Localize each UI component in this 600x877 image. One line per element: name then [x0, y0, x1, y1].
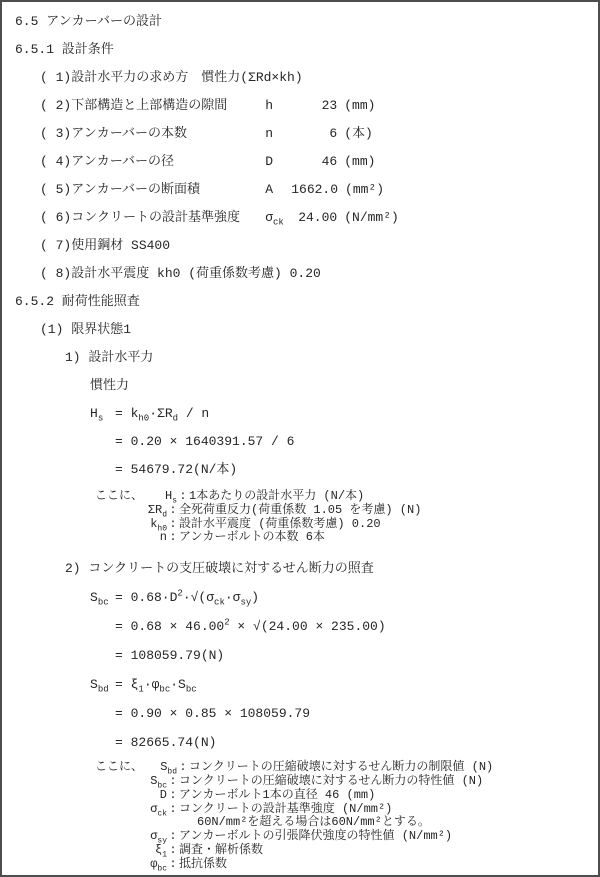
condition-unit: (mm²)	[338, 176, 384, 204]
condition-number: ( 3)	[40, 120, 71, 148]
subsection-heading-6-5-1: 6.5.1 設計条件	[2, 36, 598, 64]
condition-row-1: ( 1) 設計水平力の求め方 慣性力(ΣRd×kh)	[2, 64, 598, 92]
notation-colon: :	[167, 844, 179, 858]
notation-prefix: ここに、	[95, 761, 143, 775]
condition-number: ( 2)	[40, 92, 71, 120]
notation-description: 全死荷重反力(荷重係数 1.05 を考慮) (N)	[179, 504, 421, 518]
notation-prefix	[95, 830, 133, 844]
condition-symbol: σck	[265, 204, 291, 232]
notation-prefix: ここに、	[95, 490, 143, 504]
formula-hs-result: = 54679.72(N/本)	[2, 456, 598, 484]
condition-row-4: ( 4) アンカーバーの径 D 46 (mm)	[2, 148, 598, 176]
notation-symbol: ΣRd	[133, 504, 167, 518]
bearing-failure-check-heading: 2) コンクリートの支圧破壊に対するせん断力の照査	[2, 555, 598, 583]
formula-sbc: Sbc = 0.68·D2·√(σck·σsy)	[2, 583, 598, 612]
condition-unit: (N/mm²)	[337, 204, 399, 232]
condition-label: コンクリートの設計基準強度	[71, 204, 265, 232]
notation-symbol: kh0	[133, 518, 167, 532]
notation-row: φbc : 抵抗係数	[95, 858, 598, 872]
condition-number: ( 5)	[40, 176, 71, 204]
condition-value: 46	[291, 148, 337, 176]
notation-description: コンクリートの圧縮破壊に対するせん断力の制限値 (N)	[189, 761, 493, 775]
notation-description: 調査・解析係数	[179, 844, 263, 858]
notation-symbol: n	[133, 531, 167, 545]
condition-symbol: A	[265, 176, 291, 204]
notation-row: ここに、 Hs : 1本あたりの設計水平力 (N/本)	[95, 490, 598, 504]
condition-label: 使用鋼材 SS400	[71, 232, 265, 260]
notation-colon: :	[167, 830, 179, 844]
notation-description: 1本あたりの設計水平力 (N/本)	[189, 490, 364, 504]
notation-row: Sbc : コンクリートの圧縮破壊に対するせん断力の特性値 (N)	[95, 775, 598, 789]
notation-block-1: ここに、 Hs : 1本あたりの設計水平力 (N/本) ΣRd : 全死荷重反力…	[2, 490, 598, 545]
limit-state-1-heading: (1) 限界状態1	[2, 316, 598, 344]
notation-colon: :	[167, 789, 179, 803]
notation-colon: :	[167, 858, 179, 872]
condition-row-2: ( 2) 下部構造と上部構造の隙間 h 23 (mm)	[2, 92, 598, 120]
notation-prefix	[95, 858, 133, 872]
notation-row: n : アンカーボルトの本数 6本	[95, 531, 598, 545]
notation-row: ここに、 Sbd : コンクリートの圧縮破壊に対するせん断力の制限値 (N)	[95, 761, 598, 775]
condition-symbol: h	[265, 92, 291, 120]
notation-symbol: σck	[133, 803, 167, 817]
condition-unit: (mm)	[337, 148, 375, 176]
condition-label: アンカーバーの径	[71, 148, 265, 176]
notation-prefix	[95, 803, 133, 817]
condition-label: アンカーバーの断面積	[71, 176, 265, 204]
notation-row: σsy : アンカーボルトの引張降伏強度の特性値 (N/mm²)	[95, 830, 598, 844]
condition-label: 設計水平力の求め方 慣性力(ΣRd×kh)	[71, 64, 302, 92]
notation-colon: :	[167, 518, 179, 532]
notation-symbol: σsy	[133, 830, 167, 844]
notation-prefix	[95, 789, 133, 803]
notation-symbol: D	[133, 789, 167, 803]
notation-prefix	[95, 504, 133, 518]
condition-symbol: D	[265, 148, 291, 176]
notation-symbol: Sbc	[133, 775, 167, 789]
condition-unit: (mm)	[337, 92, 375, 120]
condition-value: 24.00	[291, 204, 337, 232]
notation-prefix	[95, 531, 133, 545]
condition-number: ( 4)	[40, 148, 71, 176]
notation-row: ΣRd : 全死荷重反力(荷重係数 1.05 を考慮) (N)	[95, 504, 598, 518]
condition-row-8: ( 8) 設計水平震度 kh0 (荷重係数考慮) 0.20	[2, 260, 598, 288]
notation-description: アンカーボルト1本の直径 46 (mm)	[179, 789, 375, 803]
design-horizontal-force-heading: 1) 設計水平力	[2, 344, 598, 372]
formula-sbd: Sbd = ξ1·φbc·Sbc	[2, 670, 598, 699]
notation-symbol	[133, 816, 167, 830]
formula-variable: Hs	[90, 400, 115, 428]
notation-colon: :	[177, 761, 189, 775]
notation-block-2: ここに、 Sbd : コンクリートの圧縮破壊に対するせん断力の制限値 (N) S…	[2, 761, 598, 871]
notation-symbol: Sbd	[143, 761, 177, 775]
formula-expression: = kh0·ΣRd / n	[115, 400, 209, 428]
condition-unit: (本)	[337, 120, 373, 148]
design-report-page: 6.5 アンカーバーの設計 6.5.1 設計条件 ( 1) 設計水平力の求め方 …	[0, 0, 600, 877]
notation-colon: :	[167, 775, 179, 789]
formula-sbd-result: = 82665.74(N)	[2, 728, 598, 757]
condition-row-7: ( 7) 使用鋼材 SS400	[2, 232, 598, 260]
formula-sbc-substitution: = 0.68 × 46.002 × √(24.00 × 235.00)	[2, 612, 598, 641]
condition-row-6: ( 6) コンクリートの設計基準強度 σck 24.00 (N/mm²)	[2, 204, 598, 232]
condition-number: ( 8)	[40, 260, 71, 288]
condition-symbol: n	[265, 120, 291, 148]
condition-number: ( 7)	[40, 232, 71, 260]
notation-row: ξ1 : 調査・解析係数	[95, 844, 598, 858]
condition-label: 下部構造と上部構造の隙間	[71, 92, 265, 120]
condition-value: 23	[291, 92, 337, 120]
notation-prefix	[95, 844, 133, 858]
section-heading-6-5: 6.5 アンカーバーの設計	[2, 8, 598, 36]
condition-row-3: ( 3) アンカーバーの本数 n 6 (本)	[2, 120, 598, 148]
notation-row: kh0 : 設計水平震度 (荷重係数考慮) 0.20	[95, 518, 598, 532]
notation-description: アンカーボルトの本数 6本	[179, 531, 325, 545]
notation-description: アンカーボルトの引張降伏強度の特性値 (N/mm²)	[179, 830, 452, 844]
notation-colon	[167, 816, 179, 830]
formula-sbd-substitution: = 0.90 × 0.85 × 108059.79	[2, 699, 598, 728]
condition-number: ( 6)	[40, 204, 71, 232]
notation-prefix	[95, 775, 133, 789]
condition-number: ( 1)	[40, 64, 71, 92]
condition-value: 6	[291, 120, 337, 148]
notation-colon: :	[167, 803, 179, 817]
condition-row-5: ( 5) アンカーバーの断面積 A 1662.0 (mm²)	[2, 176, 598, 204]
formula-expression: = 0.68·D2·√(σck·σsy)	[115, 583, 259, 612]
notation-prefix	[95, 816, 133, 830]
notation-symbol: φbc	[133, 858, 167, 872]
subsection-heading-6-5-2: 6.5.2 耐荷性能照査	[2, 288, 598, 316]
formula-expression: = ξ1·φbc·Sbc	[115, 670, 197, 699]
notation-symbol: Hs	[143, 490, 177, 504]
notation-prefix	[95, 518, 133, 532]
formula-variable: Sbc	[90, 583, 115, 612]
notation-colon: :	[177, 490, 189, 504]
condition-label: 設計水平震度 kh0 (荷重係数考慮) 0.20	[71, 260, 321, 288]
notation-colon: :	[167, 504, 179, 518]
notation-symbol: ξ1	[133, 844, 167, 858]
notation-description: コンクリートの圧縮破壊に対するせん断力の特性値 (N)	[179, 775, 483, 789]
notation-description: 抵抗係数	[179, 858, 227, 872]
condition-value: 1662.0	[291, 176, 338, 204]
inertia-force-label: 慣性力	[2, 372, 598, 400]
formula-hs-substitution: = 0.20 × 1640391.57 / 6	[2, 428, 598, 456]
formula-sbc-result: = 108059.79(N)	[2, 641, 598, 670]
formula-variable: Sbd	[90, 670, 115, 699]
notation-row: D : アンカーボルト1本の直径 46 (mm)	[95, 789, 598, 803]
formula-hs: Hs = kh0·ΣRd / n	[2, 400, 598, 428]
condition-label: アンカーバーの本数	[71, 120, 265, 148]
notation-colon: :	[167, 531, 179, 545]
